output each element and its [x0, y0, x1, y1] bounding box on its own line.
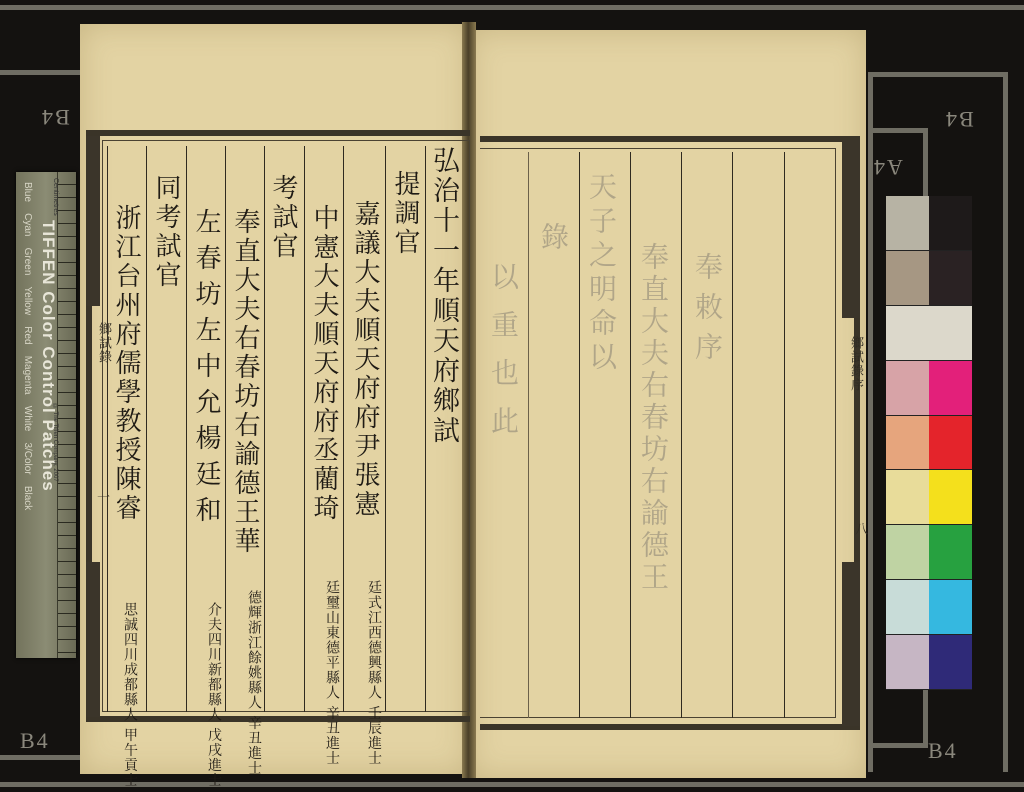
- note-feng-zhi: 德輝浙江餘姚縣人 辛丑進士: [246, 590, 261, 710]
- guide-frame-bottom: [0, 782, 1024, 790]
- color-patch-left: [886, 306, 929, 360]
- color-label-3color: 3/Color: [22, 442, 33, 474]
- color-patch-right: [929, 251, 972, 305]
- column-zuo-chun-fang: 左春坊左中允楊廷和: [191, 208, 221, 532]
- color-patch-left: [886, 361, 929, 415]
- patch-row: [886, 470, 972, 525]
- column-divider: [186, 146, 187, 712]
- color-label-yellow: Yellow: [22, 287, 33, 316]
- left-gutter-fishtail-bottom: [86, 562, 100, 717]
- patch-row: [886, 525, 972, 580]
- note-zuo-chun-fang: 介夫四川新都縣人 戊戌進士: [206, 602, 221, 712]
- right-margin-label: 鄉試錄序: [840, 336, 870, 392]
- header-column-title: 弘治十一年順天府鄉試: [428, 146, 458, 446]
- patch-row: [886, 580, 972, 635]
- column-tong-kao-shi-guan: 同考試官: [151, 174, 181, 290]
- bleed-through-column: 奉直大夫右春坊右諭德王: [638, 242, 668, 594]
- color-patch-right: [929, 580, 972, 634]
- left-gutter-fishtail-top: [86, 136, 100, 306]
- color-patch-right: [929, 635, 972, 689]
- guide-label-b4-top-left: B4: [40, 104, 70, 130]
- note-jia-yi: 廷式江西德興縣人 壬辰進士: [366, 580, 381, 710]
- color-label-cyan: Cyan: [22, 213, 33, 236]
- column-feng-zhi: 奉直大夫右春坊右諭德王華: [230, 208, 260, 556]
- bleed-through-column: 以重也此: [488, 262, 518, 454]
- patch-row: [886, 196, 972, 251]
- patch-row: [886, 416, 972, 471]
- patch-row: [886, 361, 972, 416]
- open-book: 鄉試錄 一 弘治十一年順天府鄉試 提調官 嘉議大夫順天府府尹張憲 廷式江西德興縣…: [78, 22, 868, 778]
- color-patch-left: [886, 580, 929, 634]
- bleed-through-column: 天子之明命以: [586, 172, 616, 376]
- column-divider: [107, 146, 108, 712]
- color-patch-right: [929, 525, 972, 579]
- column-divider: [630, 152, 631, 718]
- color-patch-right: [929, 361, 972, 415]
- color-patch-right: [929, 416, 972, 470]
- right-gutter-fishtail-top: [842, 140, 860, 318]
- color-patch-left: [886, 196, 929, 250]
- column-zhong-xian: 中憲大夫順天府府丞藺琦: [309, 204, 339, 523]
- centimetre-ruler: [57, 172, 76, 658]
- column-divider: [784, 152, 785, 718]
- color-patch-left: [886, 525, 929, 579]
- color-label-magenta: Magenta: [22, 356, 33, 395]
- guide-label-b4-top-right: B4: [944, 106, 974, 132]
- color-patch-right: [929, 196, 972, 250]
- color-patch-right: [929, 470, 972, 524]
- patch-row: [886, 251, 972, 306]
- color-patch-left: [886, 416, 929, 470]
- color-label-blue: Blue: [22, 182, 33, 202]
- column-jia-yi: 嘉議大夫順天府府尹張憲: [350, 200, 380, 519]
- column-divider: [146, 146, 147, 712]
- column-zhejiang: 浙江台州府儒學教授陳睿: [111, 204, 141, 523]
- guide-label-a4-top-right: A4: [872, 154, 903, 180]
- color-label-black: Black: [22, 486, 33, 510]
- column-kao-shi-guan: 考試官: [268, 174, 298, 261]
- bleed-through-column: 錄: [538, 222, 568, 262]
- color-patch-right: [929, 306, 972, 360]
- column-divider: [681, 152, 682, 718]
- color-label-red: Red: [22, 326, 33, 344]
- color-patch-left: [886, 251, 929, 305]
- guide-label-b4-bottom-right: B4: [928, 738, 958, 764]
- column-divider: [385, 146, 386, 712]
- column-divider: [225, 146, 226, 712]
- note-zhong-xian: 廷璽山東德平縣人 辛丑進士: [324, 580, 339, 710]
- patch-row: [886, 306, 972, 361]
- color-patch-left: [886, 470, 929, 524]
- column-divider: [264, 146, 265, 712]
- tiffen-color-control-strip: Centimetres TIFFEN Color Control Patches…: [16, 172, 76, 658]
- bleed-through-column: 奉敕序: [692, 252, 722, 372]
- ruler-unit-label: Centimetres: [52, 178, 59, 216]
- color-reference-patches: [886, 196, 972, 690]
- note-zhejiang: 思誠四川成都縣人 甲午貢士: [122, 602, 137, 712]
- column-divider: [732, 152, 733, 718]
- color-label-green: Green: [22, 248, 33, 276]
- column-divider: [528, 152, 529, 718]
- color-name-labels: Blue Cyan Green Yellow Red Magenta White…: [22, 182, 33, 510]
- color-patch-left: [886, 635, 929, 689]
- column-divider: [304, 146, 305, 712]
- column-divider: [343, 146, 344, 712]
- column-ti-diao-guan: 提調官: [390, 170, 420, 257]
- column-divider: [425, 146, 426, 712]
- right-margin-page-mark: 八: [844, 522, 874, 536]
- guide-label-b4-bottom-left: B4: [20, 728, 50, 754]
- patch-row: [886, 635, 972, 690]
- tiffen-copyright: © The Tiffen Company, 2007: [52, 404, 58, 482]
- color-label-white: White: [22, 406, 33, 432]
- guide-frame-top: [0, 2, 1024, 10]
- right-gutter-fishtail-bottom: [842, 562, 860, 726]
- column-divider: [579, 152, 580, 718]
